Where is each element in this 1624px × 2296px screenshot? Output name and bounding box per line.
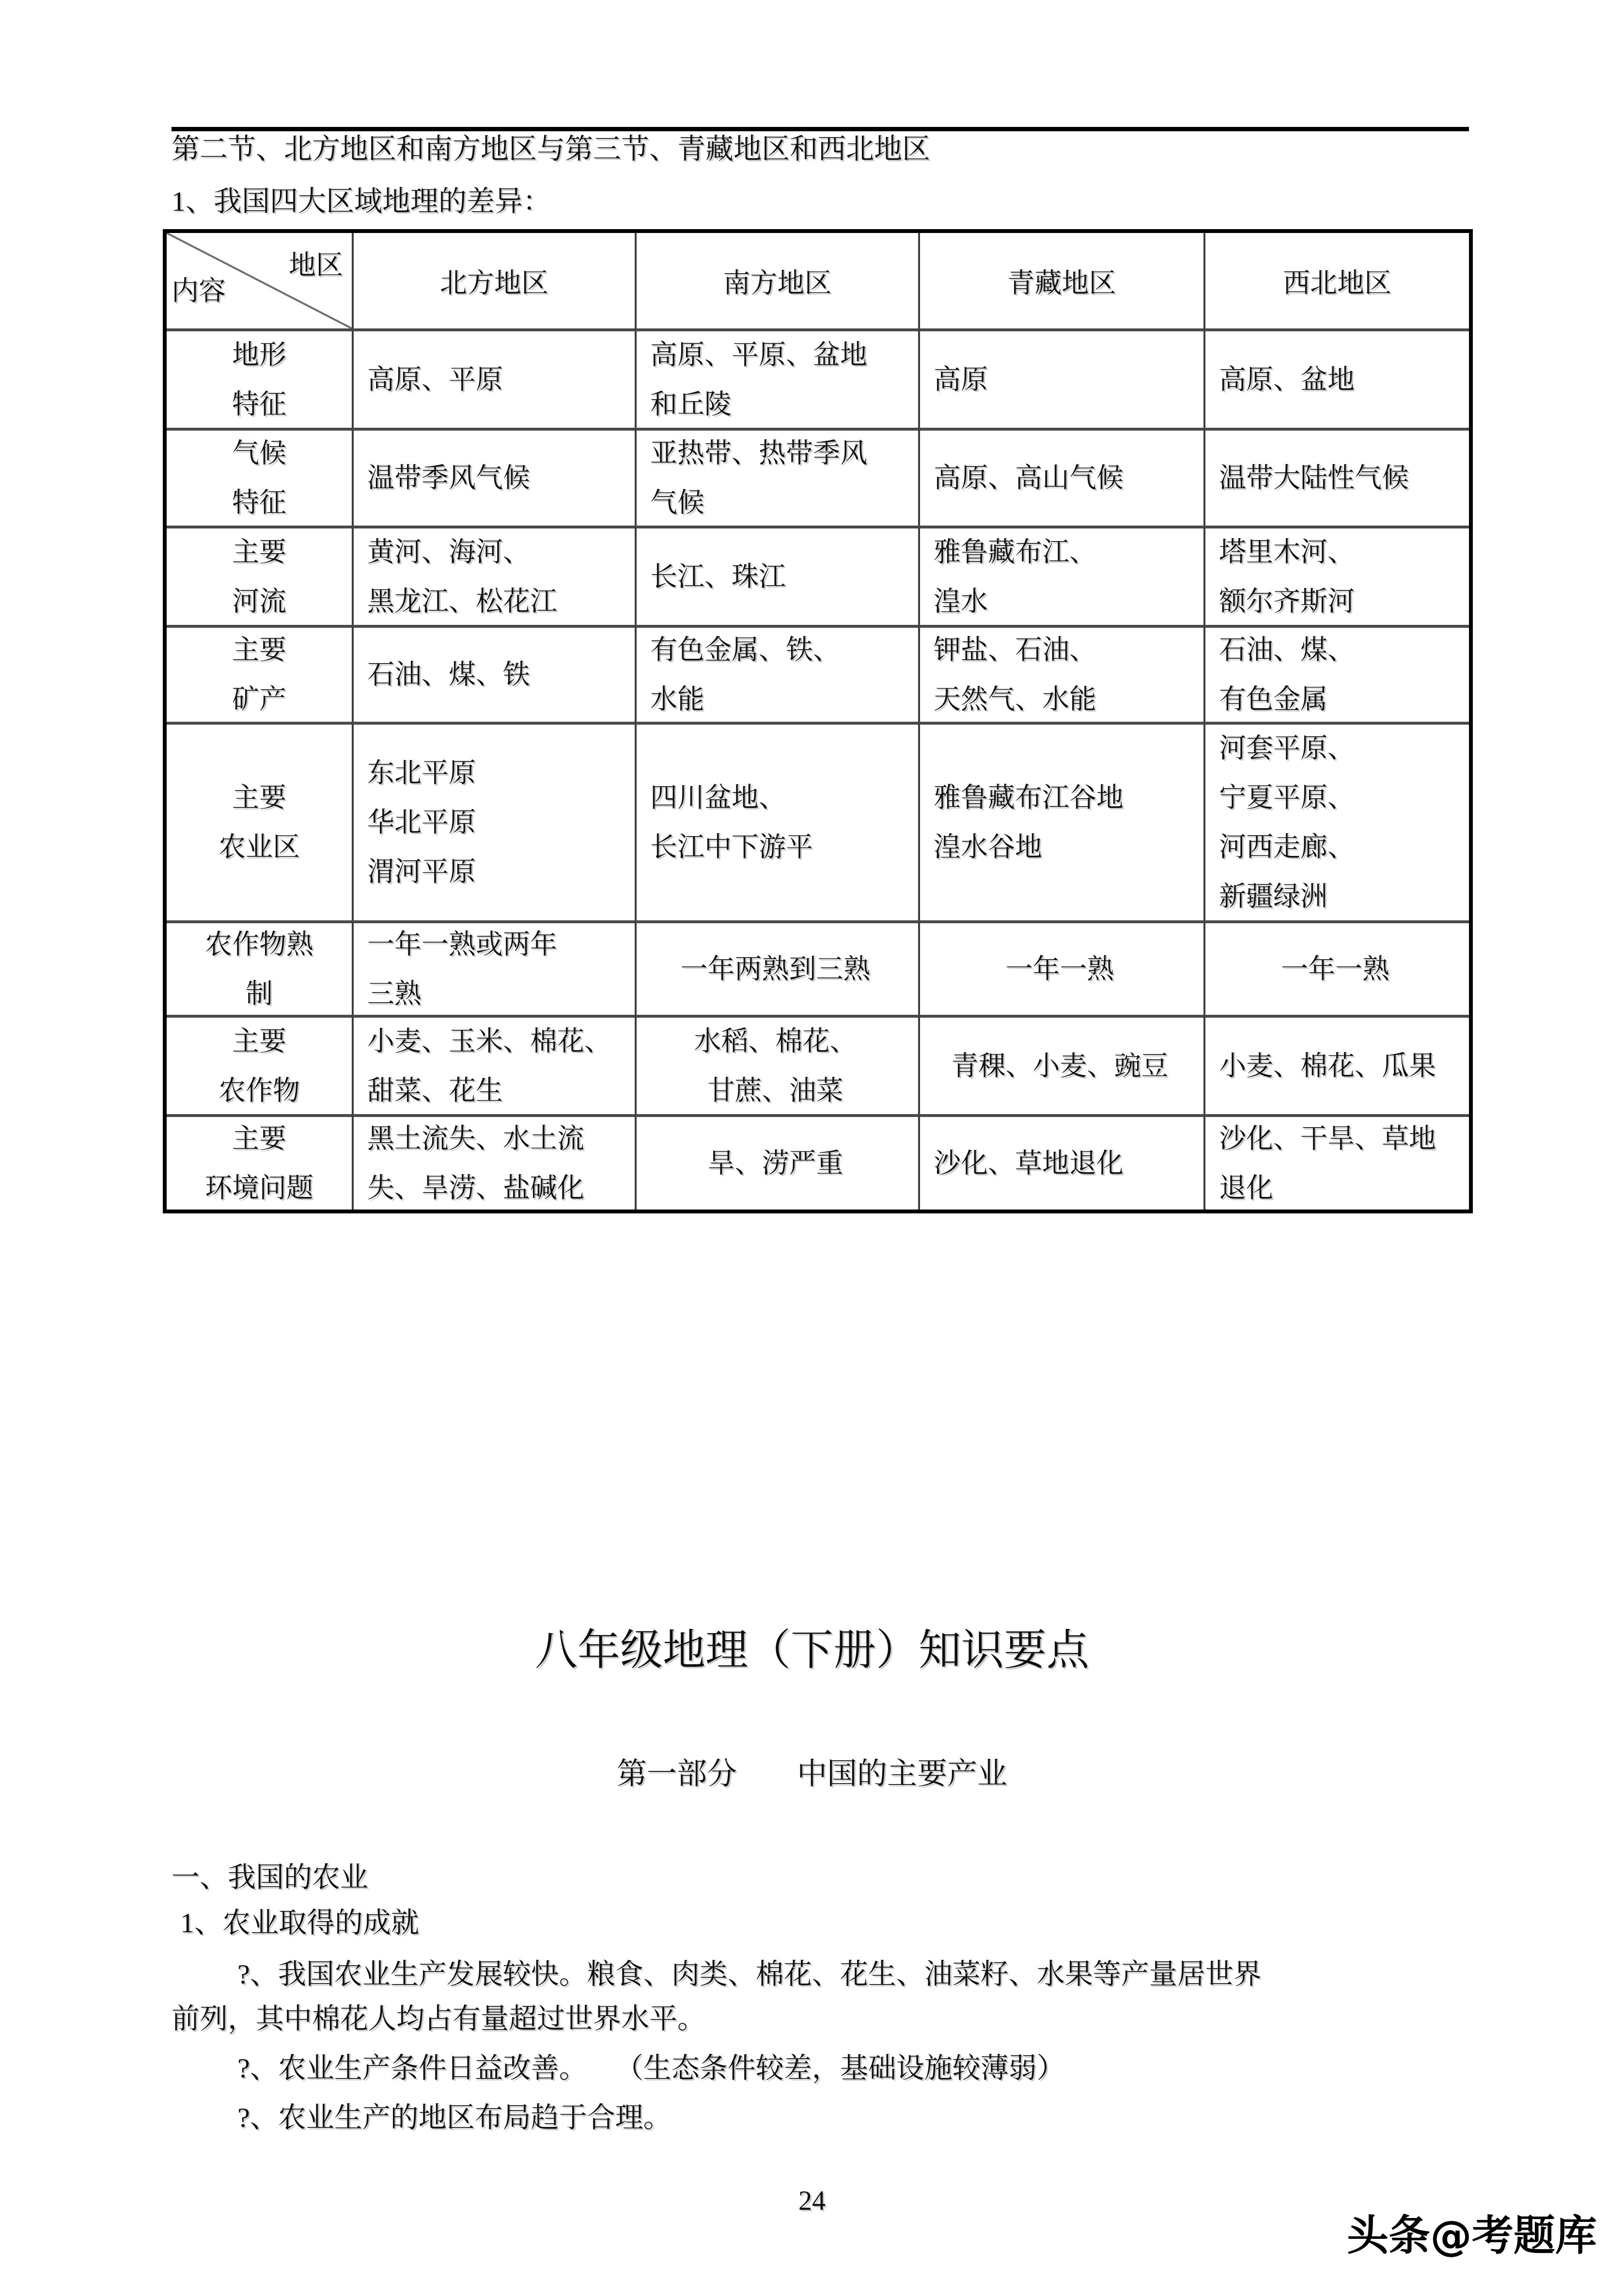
table-cell: 高原 <box>918 328 1203 428</box>
table-cell: 温带季风气候 <box>352 428 635 526</box>
corner-label-content: 内容 <box>172 269 226 308</box>
table-cell: 小麦、棉花、瓜果 <box>1203 1015 1469 1114</box>
bullet-line-1: ?、我国农业生产发展较快。粮食、肉类、棉花、花生、油菜籽、水果等产量居世界 <box>237 1957 1262 1992</box>
table-row-label: 主要农作物 <box>167 1015 352 1114</box>
regions-comparison-table: 地区内容北方地区南方地区青藏地区西北地区地形特征高原、平原高原、平原、盆地和丘陵… <box>163 229 1473 1213</box>
bullet-line-2: ?、农业生产条件日益改善。 （生态条件较差，基础设施较薄弱） <box>237 2051 1065 2086</box>
table-row-label: 气候特征 <box>167 428 352 526</box>
table-cell: 沙化、草地退化 <box>918 1114 1203 1210</box>
table-cell: 温带大陆性气候 <box>1203 428 1469 526</box>
table-cell: 一年一熟 <box>918 920 1203 1015</box>
watermark-text: 头条@考题库 <box>1347 2212 1597 2260</box>
table-cell: 亚热带、热带季风气候 <box>635 428 918 526</box>
table-intro-text: 1、我国四大区域地理的差异： <box>172 184 551 219</box>
achievements-subheading: 1、农业取得的成就 <box>180 1906 419 1940</box>
table-cell: 高原、平原 <box>352 328 635 428</box>
header-rule <box>172 127 1469 131</box>
bullet-line-1-continued: 前列，其中棉花人均占有量超过世界水平。 <box>172 2001 705 2036</box>
table-cell: 高原、盆地 <box>1203 328 1469 428</box>
table-row-label: 农作物熟制 <box>167 920 352 1015</box>
agriculture-heading: 一、我国的农业 <box>172 1860 368 1895</box>
table-cell: 一年一熟 <box>1203 920 1469 1015</box>
table-cell: 青稞、小麦、豌豆 <box>918 1015 1203 1114</box>
table-cell: 黑土流失、水土流失、旱涝、盐碱化 <box>352 1114 635 1210</box>
table-column-header: 南方地区 <box>635 233 918 328</box>
table-cell: 高原、平原、盆地和丘陵 <box>635 328 918 428</box>
table-column-header: 北方地区 <box>352 233 635 328</box>
table-cell: 黄河、海河、黑龙江、松花江 <box>352 526 635 625</box>
table-row-label: 主要农业区 <box>167 722 352 920</box>
table-cell: 旱、涝严重 <box>635 1114 918 1210</box>
table-row-label: 主要环境问题 <box>167 1114 352 1210</box>
table-cell: 沙化、干旱、草地退化 <box>1203 1114 1469 1210</box>
table-cell: 河套平原、宁夏平原、河西走廊、新疆绿洲 <box>1203 722 1469 920</box>
table-cell: 长江、珠江 <box>635 526 918 625</box>
document-page: 第二节、北方地区和南方地区与第三节、青藏地区和西北地区 1、我国四大区域地理的差… <box>0 0 1624 2296</box>
table-corner-cell: 地区内容 <box>167 233 352 328</box>
table-row-label: 主要矿产 <box>167 625 352 722</box>
document-title: 八年级地理（下册）知识要点 <box>0 1626 1624 1676</box>
table-row-label: 地形特征 <box>167 328 352 428</box>
bullet-line-3: ?、农业生产的地区布局趋于合理。 <box>237 2100 671 2135</box>
table-row-label: 主要河流 <box>167 526 352 625</box>
table-cell: 一年两熟到三熟 <box>635 920 918 1015</box>
table-cell: 一年一熟或两年三熟 <box>352 920 635 1015</box>
table-cell: 石油、煤、铁 <box>352 625 635 722</box>
table-column-header: 青藏地区 <box>918 233 1203 328</box>
table-cell: 有色金属、铁、水能 <box>635 625 918 722</box>
table-column-header: 西北地区 <box>1203 233 1469 328</box>
table-cell: 四川盆地、长江中下游平 <box>635 722 918 920</box>
corner-label-region: 地区 <box>289 244 343 282</box>
part-subtitle: 第一部分 中国的主要产业 <box>0 1755 1624 1793</box>
table-cell: 塔里木河、额尔齐斯河 <box>1203 526 1469 625</box>
table-cell: 小麦、玉米、棉花、甜菜、花生 <box>352 1015 635 1114</box>
table-cell: 雅鲁藏布江谷地湟水谷地 <box>918 722 1203 920</box>
section-heading: 第二节、北方地区和南方地区与第三节、青藏地区和西北地区 <box>172 132 930 167</box>
table-cell: 水稻、棉花、甘蔗、油菜 <box>635 1015 918 1114</box>
table-cell: 雅鲁藏布江、湟水 <box>918 526 1203 625</box>
table-cell: 高原、高山气候 <box>918 428 1203 526</box>
table-cell: 石油、煤、有色金属 <box>1203 625 1469 722</box>
table-cell: 钾盐、石油、天然气、水能 <box>918 625 1203 722</box>
table-cell: 东北平原华北平原渭河平原 <box>352 722 635 920</box>
